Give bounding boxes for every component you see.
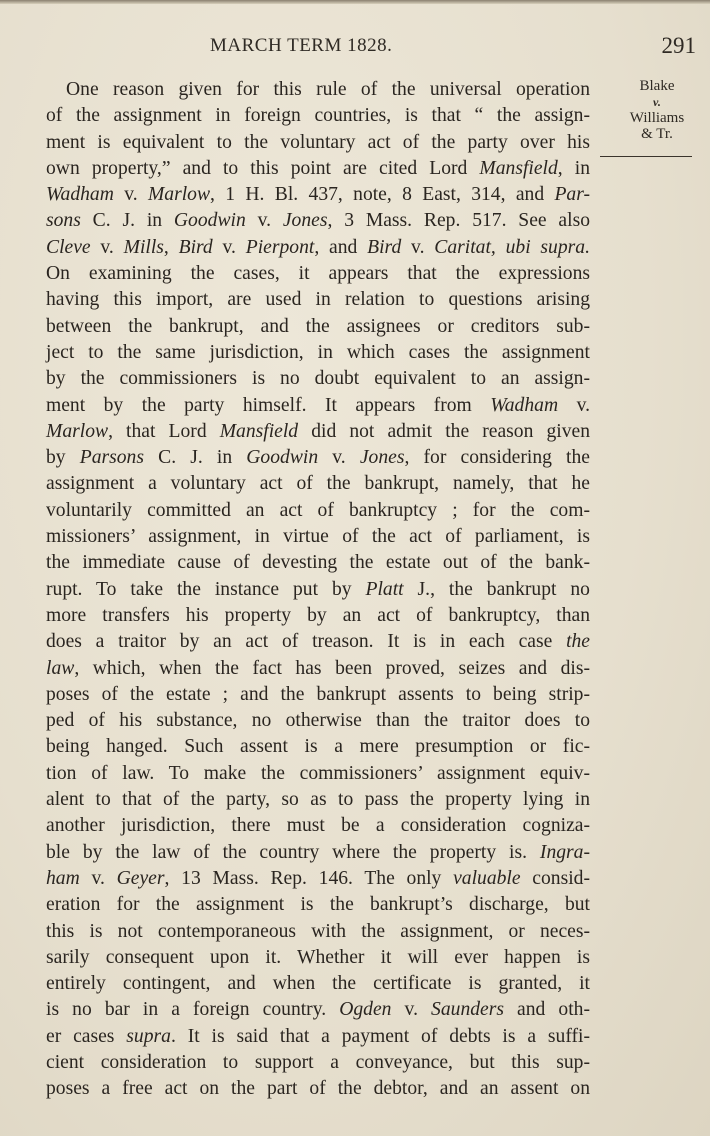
text-line: Wadham v. Marlow, 1 H. Bl. 437, note, 8 … (46, 182, 590, 208)
text-run: eration for the assignment is the bankru… (46, 894, 590, 915)
text-line: One reason given for this rule of the un… (46, 77, 590, 103)
margin-note-line: & Tr. (612, 126, 702, 142)
text-run: entirely contingent, and when the certif… (46, 973, 590, 994)
text-run: and oth- (504, 999, 590, 1020)
italic-citation: Goodwin (174, 210, 246, 231)
text-line: sarily consequent upon it. Whether it wi… (46, 945, 590, 971)
text-line: own property,” and to this point are cit… (46, 156, 590, 182)
text-run: the immediate cause of devesting the est… (46, 552, 590, 573)
italic-citation: Geyer (117, 868, 165, 889)
text-line: voluntarily committed an act of bankrupt… (46, 498, 590, 524)
text-run: v. (318, 447, 360, 468)
text-line: missioners’ assignment, in virtue of the… (46, 524, 590, 550)
italic-citation: Par- (554, 184, 590, 205)
italic-citation: Caritat, ubi supra. (434, 237, 590, 258)
text-run: , in (558, 158, 590, 179)
text-line: of the assignment in foreign countries, … (46, 103, 590, 129)
page-top-edge (0, 0, 710, 4)
text-run: is no bar in a foreign country. (46, 999, 339, 1020)
text-run: One reason given for this rule of the un… (66, 79, 590, 100)
text-line: between the bankrupt, and the assignees … (46, 314, 590, 340)
italic-citation: the (566, 631, 590, 652)
text-run: v. (391, 999, 431, 1020)
italic-citation: law (46, 658, 74, 679)
text-run: poses of the estate ; and the bankrupt a… (46, 684, 590, 705)
text-run: ment is equivalent to the voluntary act … (46, 132, 590, 153)
text-run: missioners’ assignment, in virtue of the… (46, 526, 590, 547)
margin-rule-divider (600, 156, 692, 157)
text-run: tion of law. To make the commissioners’ … (46, 763, 590, 784)
text-line: eration for the assignment is the bankru… (46, 892, 590, 918)
text-run: , (164, 237, 179, 258)
text-line: sons C. J. in Goodwin v. Jones, 3 Mass. … (46, 208, 590, 234)
text-run: , for considering the (404, 447, 590, 468)
running-head: MARCH TERM 1828. (210, 35, 392, 57)
text-line: poses a free act on the part of the debt… (46, 1076, 590, 1102)
text-line: another jurisdiction, there must be a co… (46, 813, 590, 839)
text-line: by Parsons C. J. in Goodwin v. Jones, fo… (46, 445, 590, 471)
text-run: does a traitor by an act of treason. It … (46, 631, 566, 652)
text-run: another jurisdiction, there must be a co… (46, 815, 590, 836)
text-line: being hanged. Such assent is a mere pres… (46, 734, 590, 760)
italic-citation: Marlow (148, 184, 210, 205)
italic-citation: Pierpont (246, 237, 315, 258)
italic-citation: Mansfield (220, 421, 298, 442)
text-line: cient consideration to support a conveya… (46, 1050, 590, 1076)
text-run: v. (401, 237, 434, 258)
text-line: ject to the same jurisdiction, in which … (46, 340, 590, 366)
page-header: MARCH TERM 1828. 291 (0, 35, 710, 65)
text-run: consid- (521, 868, 590, 889)
text-run: alent to that of the party, so as to pas… (46, 789, 590, 810)
text-run: cient consideration to support a conveya… (46, 1052, 590, 1073)
text-line: by the commissioners is no doubt equival… (46, 366, 590, 392)
text-line: tion of law. To make the commissioners’ … (46, 761, 590, 787)
text-run: ped of his substance, no otherwise than … (46, 710, 590, 731)
italic-citation: Jones (360, 447, 405, 468)
text-run: v. (80, 868, 117, 889)
text-line: ment by the party himself. It appears fr… (46, 393, 590, 419)
text-line: more transfers his property by an act of… (46, 603, 590, 629)
margin-note-line: v. (612, 94, 702, 110)
text-run: ject to the same jurisdiction, in which … (46, 342, 590, 363)
text-line: poses of the estate ; and the bankrupt a… (46, 682, 590, 708)
italic-citation: Goodwin (246, 447, 318, 468)
text-run: , 1 H. Bl. 437, note, 8 East, 314, and (210, 184, 554, 205)
text-run: , and (314, 237, 367, 258)
italic-citation: sons (46, 210, 81, 231)
italic-citation: Jones (283, 210, 328, 231)
italic-citation: Saunders (431, 999, 504, 1020)
text-run: own property,” and to this point are cit… (46, 158, 479, 179)
margin-note-line: Williams (612, 110, 702, 126)
italic-citation: Mansfield (479, 158, 557, 179)
text-run: , which, when the fact has been proved, … (74, 658, 590, 679)
page-number: 291 (662, 33, 697, 59)
text-run: by the commissioners is no doubt equival… (46, 368, 590, 389)
text-run: C. J. in (81, 210, 174, 231)
text-run: assignment a voluntary act of the bankru… (46, 473, 590, 494)
text-line: ham v. Geyer, 13 Mass. Rep. 146. The onl… (46, 866, 590, 892)
text-run: by (46, 447, 80, 468)
text-run: v. (91, 237, 124, 258)
text-line: er cases supra. It is said that a paymen… (46, 1024, 590, 1050)
text-run: , 3 Mass. Rep. 517. See also (327, 210, 590, 231)
text-run: , 13 Mass. Rep. 146. The only (165, 868, 454, 889)
italic-citation: valuable (453, 868, 520, 889)
italic-citation: Ingra- (540, 842, 590, 863)
text-run: of the assignment in foreign countries, … (46, 105, 590, 126)
margin-case-note: Blake v. Williams & Tr. (612, 78, 702, 142)
text-run: this is not contemporaneous with the ass… (46, 921, 590, 942)
body-text: One reason given for this rule of the un… (46, 77, 590, 1103)
italic-citation: Wadham (46, 184, 114, 205)
text-run: v. (213, 237, 246, 258)
text-line: ble by the law of the country where the … (46, 840, 590, 866)
text-run: v. (246, 210, 283, 231)
text-line: alent to that of the party, so as to pas… (46, 787, 590, 813)
text-run: . It is said that a payment of debts is … (171, 1026, 590, 1047)
text-line: the immediate cause of devesting the est… (46, 550, 590, 576)
text-line: assignment a voluntary act of the bankru… (46, 471, 590, 497)
text-run: C. J. in (144, 447, 246, 468)
italic-citation: Wadham (490, 395, 558, 416)
italic-citation: Cleve (46, 237, 91, 258)
italic-citation: ham (46, 868, 80, 889)
italic-citation: Platt (366, 579, 404, 600)
text-line: entirely contingent, and when the certif… (46, 971, 590, 997)
text-run: having this import, are used in relation… (46, 289, 590, 310)
text-run: being hanged. Such assent is a mere pres… (46, 736, 590, 757)
italic-citation: Parsons (80, 447, 144, 468)
text-line: this is not contemporaneous with the ass… (46, 919, 590, 945)
text-run: did not admit the reason given (298, 421, 590, 442)
text-line: having this import, are used in relation… (46, 287, 590, 313)
text-run: J., the bankrupt no (404, 579, 590, 600)
text-line: ped of his substance, no otherwise than … (46, 708, 590, 734)
italic-citation: supra (126, 1026, 171, 1047)
text-run: poses a free act on the part of the debt… (46, 1078, 590, 1099)
text-run: er cases (46, 1026, 126, 1047)
margin-note-line: Blake (612, 78, 702, 94)
text-line: On examining the cases, it appears that … (46, 261, 590, 287)
text-line: Cleve v. Mills, Bird v. Pierpont, and Bi… (46, 235, 590, 261)
text-run: ment by the party himself. It appears fr… (46, 395, 490, 416)
text-run: On examining the cases, it appears that … (46, 263, 590, 284)
text-line: ment is equivalent to the voluntary act … (46, 130, 590, 156)
text-line: Marlow, that Lord Mansfield did not admi… (46, 419, 590, 445)
text-run: v. (558, 395, 590, 416)
italic-citation: Bird (367, 237, 401, 258)
text-run: rupt. To take the instance put by (46, 579, 366, 600)
text-run: voluntarily committed an act of bankrupt… (46, 500, 590, 521)
italic-citation: Marlow (46, 421, 108, 442)
text-run: sarily consequent upon it. Whether it wi… (46, 947, 590, 968)
text-line: law, which, when the fact has been prove… (46, 656, 590, 682)
italic-citation: Bird (179, 237, 213, 258)
text-run: , that Lord (108, 421, 220, 442)
text-line: rupt. To take the instance put by Platt … (46, 577, 590, 603)
italic-citation: Ogden (339, 999, 391, 1020)
text-run: v. (114, 184, 148, 205)
text-line: does a traitor by an act of treason. It … (46, 629, 590, 655)
text-line: is no bar in a foreign country. Ogden v.… (46, 997, 590, 1023)
text-run: between the bankrupt, and the assignees … (46, 316, 590, 337)
italic-citation: Mills (124, 237, 164, 258)
text-run: ble by the law of the country where the … (46, 842, 540, 863)
text-run: more transfers his property by an act of… (46, 605, 590, 626)
